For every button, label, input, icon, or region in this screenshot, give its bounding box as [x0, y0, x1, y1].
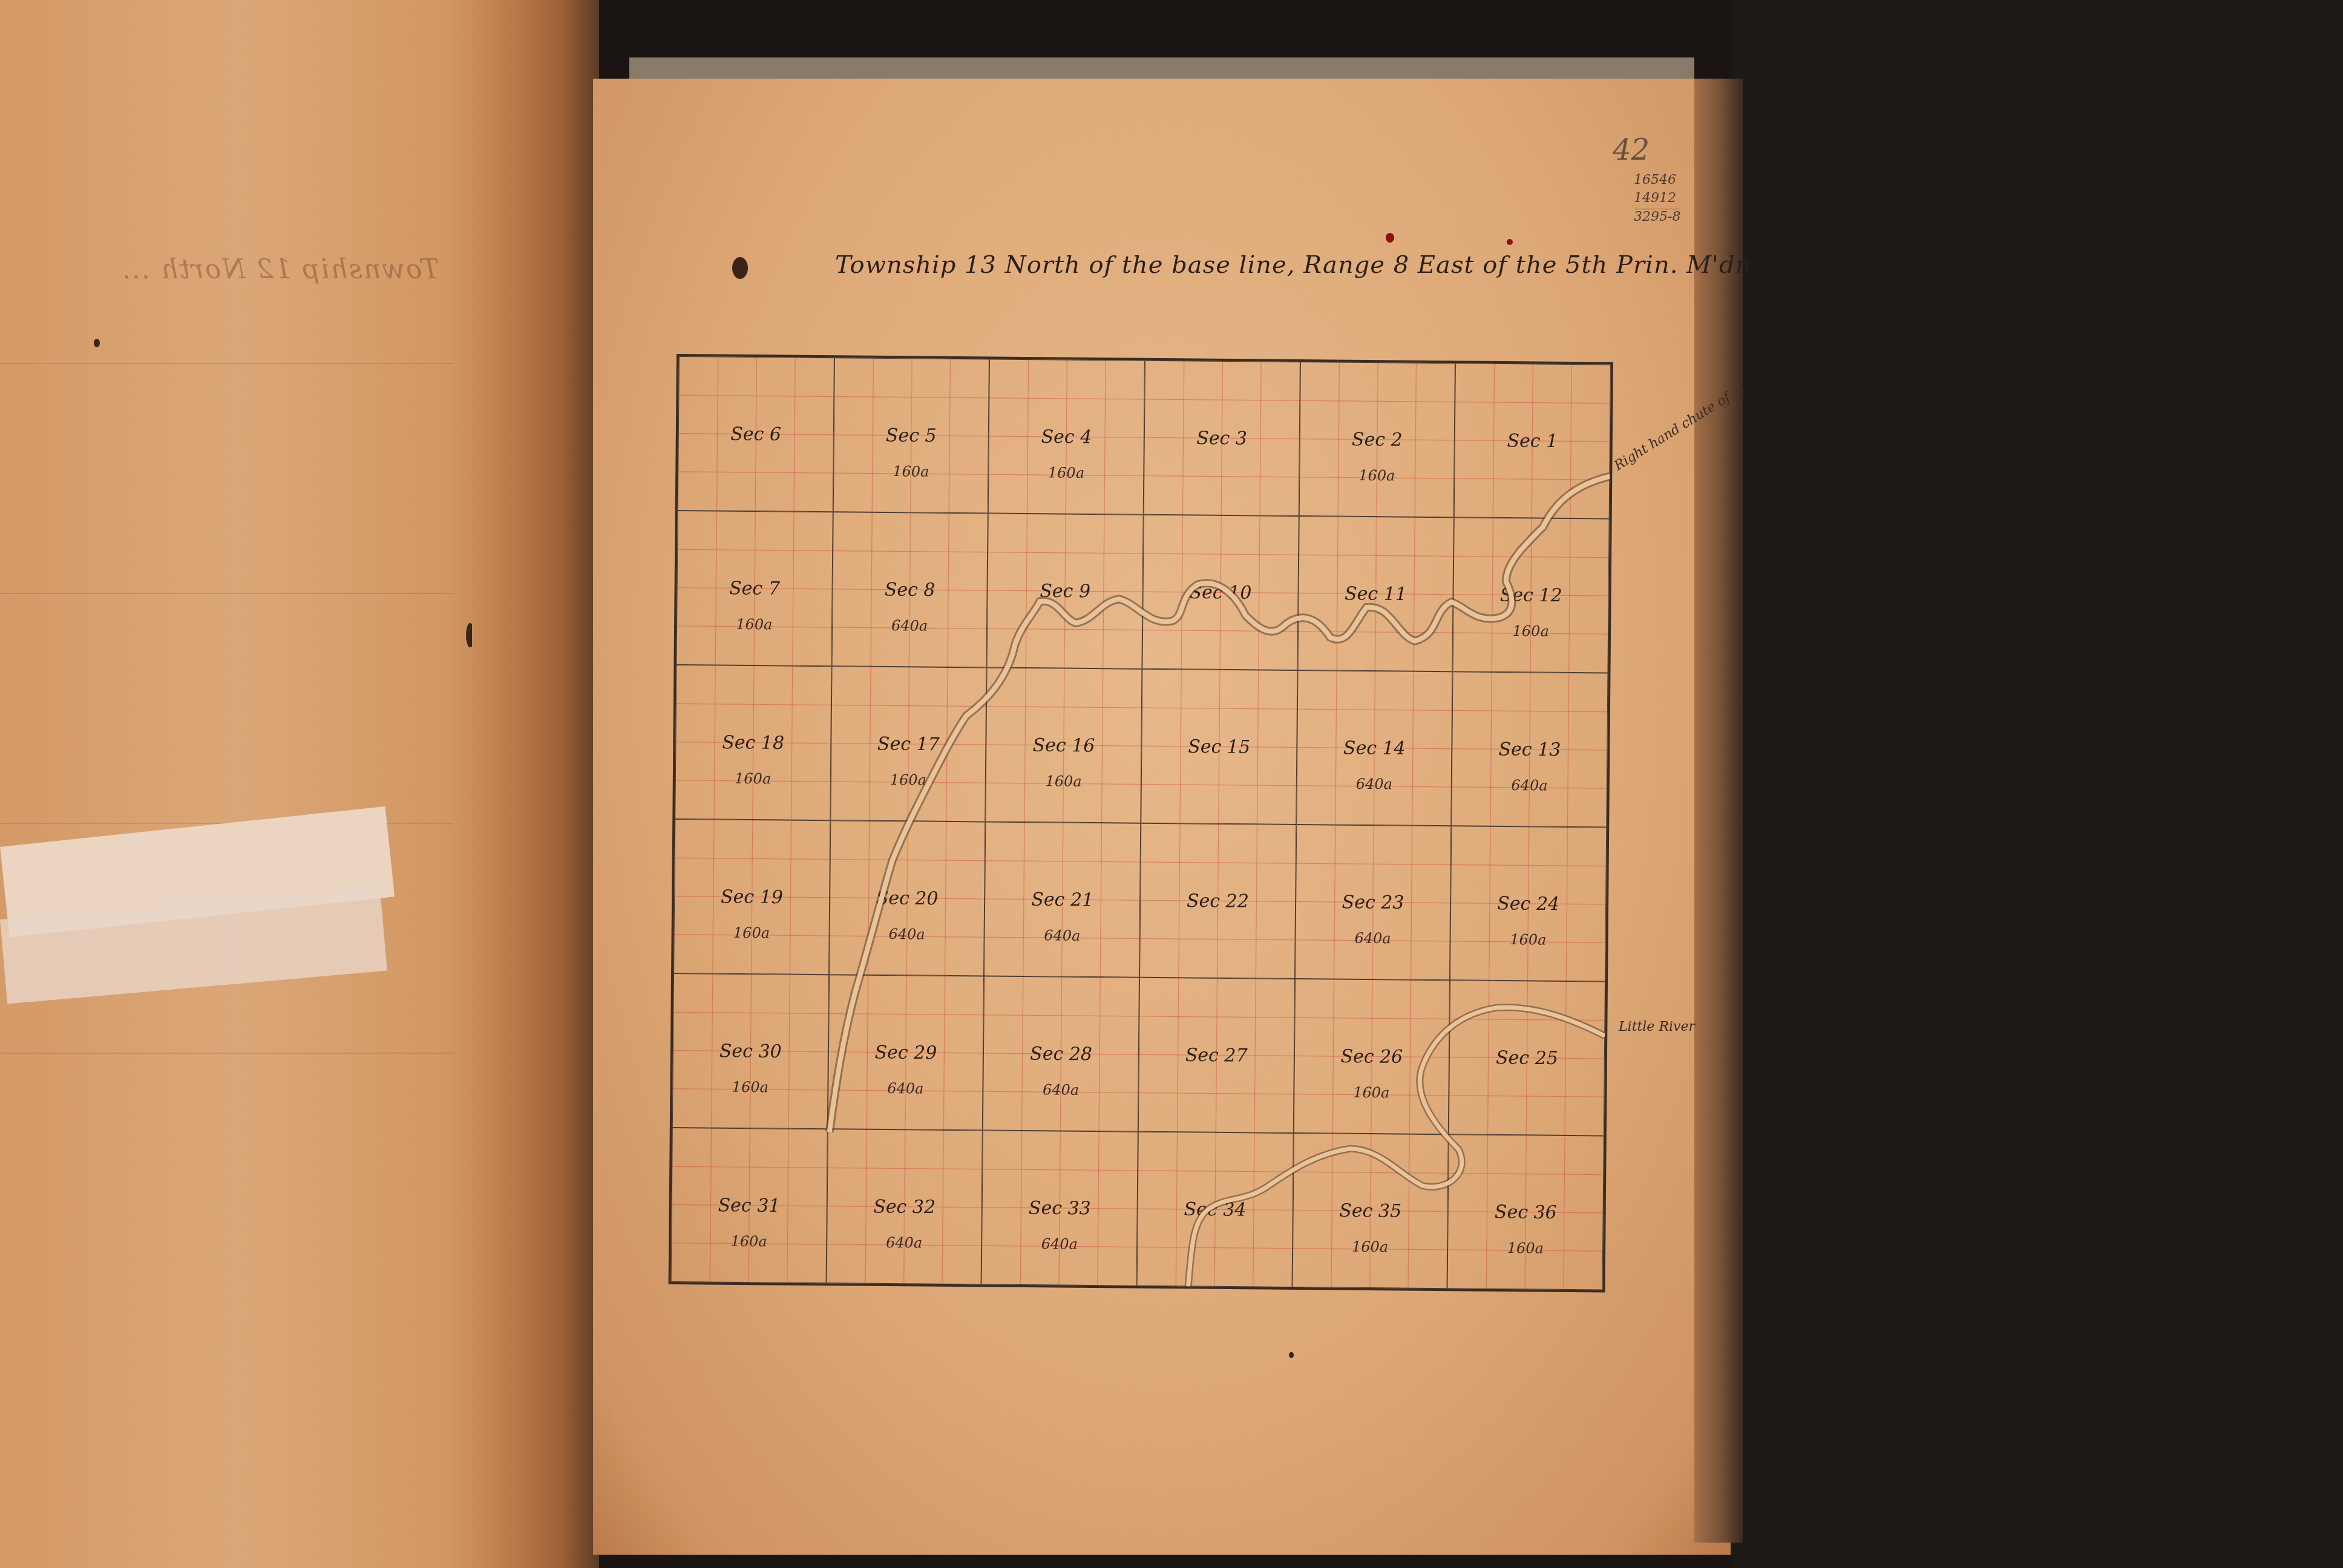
- section-acres: 160a: [736, 616, 772, 633]
- section-26: Sec 26160a: [1293, 979, 1450, 1134]
- section-acres: 160a: [1045, 773, 1081, 790]
- section-label: Sec 23: [1342, 892, 1404, 913]
- bleedthrough-text: Township 12 North ...: [121, 254, 439, 285]
- section-7: Sec 7160a: [677, 511, 833, 666]
- section-label: Sec 35: [1339, 1200, 1401, 1222]
- section-acres: 160a: [732, 1079, 768, 1096]
- section-19: Sec 19160a: [673, 819, 830, 975]
- section-28: Sec 28640a: [983, 976, 1139, 1131]
- ink-spot: [1289, 1352, 1294, 1358]
- ink-spot: [94, 339, 100, 347]
- section-6: Sec 6: [678, 356, 834, 512]
- section-label: Sec 24: [1497, 893, 1559, 915]
- red-ink-spot: [1386, 233, 1394, 243]
- section-2: Sec 2160a: [1299, 362, 1455, 517]
- section-acres: 640a: [886, 1234, 922, 1252]
- section-16: Sec 16160a: [986, 667, 1142, 823]
- section-label: Sec 20: [876, 887, 939, 909]
- section-24: Sec 24160a: [1450, 826, 1607, 981]
- section-1: Sec 1: [1454, 363, 1611, 518]
- section-label: Sec 21: [1031, 889, 1093, 910]
- section-33: Sec 33640a: [981, 1130, 1138, 1285]
- section-acres: 160a: [1353, 1084, 1389, 1102]
- section-20: Sec 20640a: [829, 820, 986, 976]
- section-3: Sec 3: [1144, 361, 1300, 516]
- section-label: Sec 8: [885, 579, 936, 601]
- section-acres: 640a: [1356, 776, 1392, 793]
- section-label: Sec 27: [1185, 1044, 1248, 1066]
- section-label: Sec 3: [1196, 428, 1247, 449]
- section-label: Sec 11: [1345, 583, 1407, 605]
- section-36: Sec 36160a: [1447, 1134, 1604, 1290]
- section-label: Sec 17: [877, 733, 940, 755]
- section-27: Sec 27: [1138, 978, 1295, 1133]
- section-21: Sec 21640a: [984, 822, 1141, 977]
- section-label: Sec 32: [873, 1196, 936, 1218]
- section-label: Sec 12: [1500, 584, 1562, 606]
- section-14: Sec 14640a: [1296, 670, 1453, 826]
- section-label: Sec 7: [729, 578, 780, 599]
- section-label: Sec 15: [1188, 736, 1250, 757]
- section-acres: 640a: [1043, 1081, 1079, 1099]
- section-acres: 160a: [735, 770, 771, 788]
- section-label: Sec 26: [1340, 1046, 1403, 1068]
- section-acres: 160a: [1048, 464, 1084, 482]
- township-grid: Sec 6 Sec 5160a Sec 4160a Sec 3 Sec 2160…: [669, 354, 1613, 1292]
- river-annotation: Little River: [1619, 1019, 1695, 1034]
- section-31: Sec 31160a: [671, 1128, 828, 1283]
- section-8: Sec 8640a: [831, 512, 988, 667]
- section-label: Sec 19: [721, 886, 783, 908]
- section-label: Sec 36: [1495, 1201, 1557, 1223]
- left-page-rule: [0, 1053, 454, 1054]
- red-ink-spot: [1507, 239, 1513, 245]
- section-acres: 160a: [1510, 931, 1546, 949]
- left-page-rule: [0, 593, 454, 594]
- section-label: Sec 34: [1184, 1198, 1246, 1220]
- section-label: Sec 16: [1032, 734, 1095, 756]
- page-edge: [1694, 79, 1743, 1543]
- section-30: Sec 30160a: [672, 973, 829, 1129]
- photo-scene: Township 12 North ... 42 16546 14912 329…: [0, 0, 2343, 1568]
- section-23: Sec 23640a: [1295, 825, 1452, 980]
- section-acres: 160a: [1507, 1240, 1544, 1257]
- margin-calc: 3295-8: [1634, 209, 1680, 224]
- page-title: Township 13 North of the base line, Rang…: [835, 251, 1760, 279]
- section-10: Sec 10: [1142, 515, 1299, 670]
- section-4: Sec 4160a: [988, 359, 1145, 515]
- book-spine: [472, 0, 599, 1568]
- section-label: Sec 33: [1029, 1197, 1091, 1219]
- section-label: Sec 18: [722, 732, 784, 754]
- section-acres: 640a: [1041, 1235, 1078, 1253]
- section-acres: 640a: [891, 617, 928, 635]
- section-29: Sec 29640a: [827, 975, 984, 1130]
- page-number: 42: [1613, 133, 1650, 167]
- section-label: Sec 1: [1507, 430, 1558, 452]
- section-acres: 160a: [890, 771, 926, 789]
- section-label: Sec 28: [1030, 1043, 1092, 1065]
- section-label: Sec 22: [1187, 890, 1249, 912]
- section-acres: 640a: [1354, 930, 1391, 947]
- section-35: Sec 35160a: [1292, 1133, 1449, 1289]
- section-9: Sec 9: [987, 514, 1144, 669]
- section-label: Sec 30: [719, 1040, 782, 1062]
- section-18: Sec 18160a: [675, 665, 831, 820]
- section-acres: 640a: [1511, 777, 1547, 794]
- section-label: Sec 5: [886, 425, 937, 446]
- section-label: Sec 14: [1343, 737, 1406, 759]
- section-acres: 160a: [1352, 1238, 1388, 1256]
- section-label: Sec 6: [730, 423, 781, 445]
- section-acres: 160a: [1358, 467, 1395, 485]
- section-15: Sec 15: [1141, 669, 1297, 825]
- dark-background: [1731, 0, 2343, 1568]
- margin-calc: 14912: [1634, 191, 1676, 206]
- section-label: Sec 29: [874, 1042, 937, 1063]
- ink-blot: [732, 257, 748, 279]
- section-acres: 640a: [887, 1080, 923, 1097]
- section-34: Sec 34: [1137, 1132, 1294, 1287]
- section-label: Sec 25: [1496, 1047, 1558, 1069]
- section-13: Sec 13640a: [1452, 671, 1608, 827]
- section-label: Sec 13: [1498, 739, 1561, 760]
- section-acres: 640a: [1044, 927, 1080, 944]
- section-label: Sec 31: [718, 1195, 780, 1217]
- margin-calc: 16546: [1634, 172, 1676, 188]
- section-11: Sec 11: [1297, 516, 1454, 671]
- section-acres: 160a: [893, 463, 929, 480]
- section-acres: 160a: [730, 1233, 767, 1250]
- section-acres: 160a: [733, 924, 770, 942]
- section-label: Sec 4: [1041, 426, 1092, 448]
- section-22: Sec 22: [1139, 823, 1296, 979]
- section-acres: 160a: [1513, 622, 1549, 640]
- section-32: Sec 32640a: [826, 1129, 983, 1284]
- section-17: Sec 17160a: [830, 666, 987, 822]
- section-12: Sec 12160a: [1453, 517, 1610, 673]
- section-acres: 640a: [888, 926, 925, 943]
- left-page-rule: [0, 363, 454, 364]
- section-label: Sec 9: [1040, 580, 1090, 602]
- section-label: Sec 10: [1189, 581, 1251, 603]
- section-label: Sec 2: [1352, 429, 1403, 451]
- section-5: Sec 5160a: [833, 358, 989, 513]
- section-25: Sec 25: [1449, 980, 1605, 1135]
